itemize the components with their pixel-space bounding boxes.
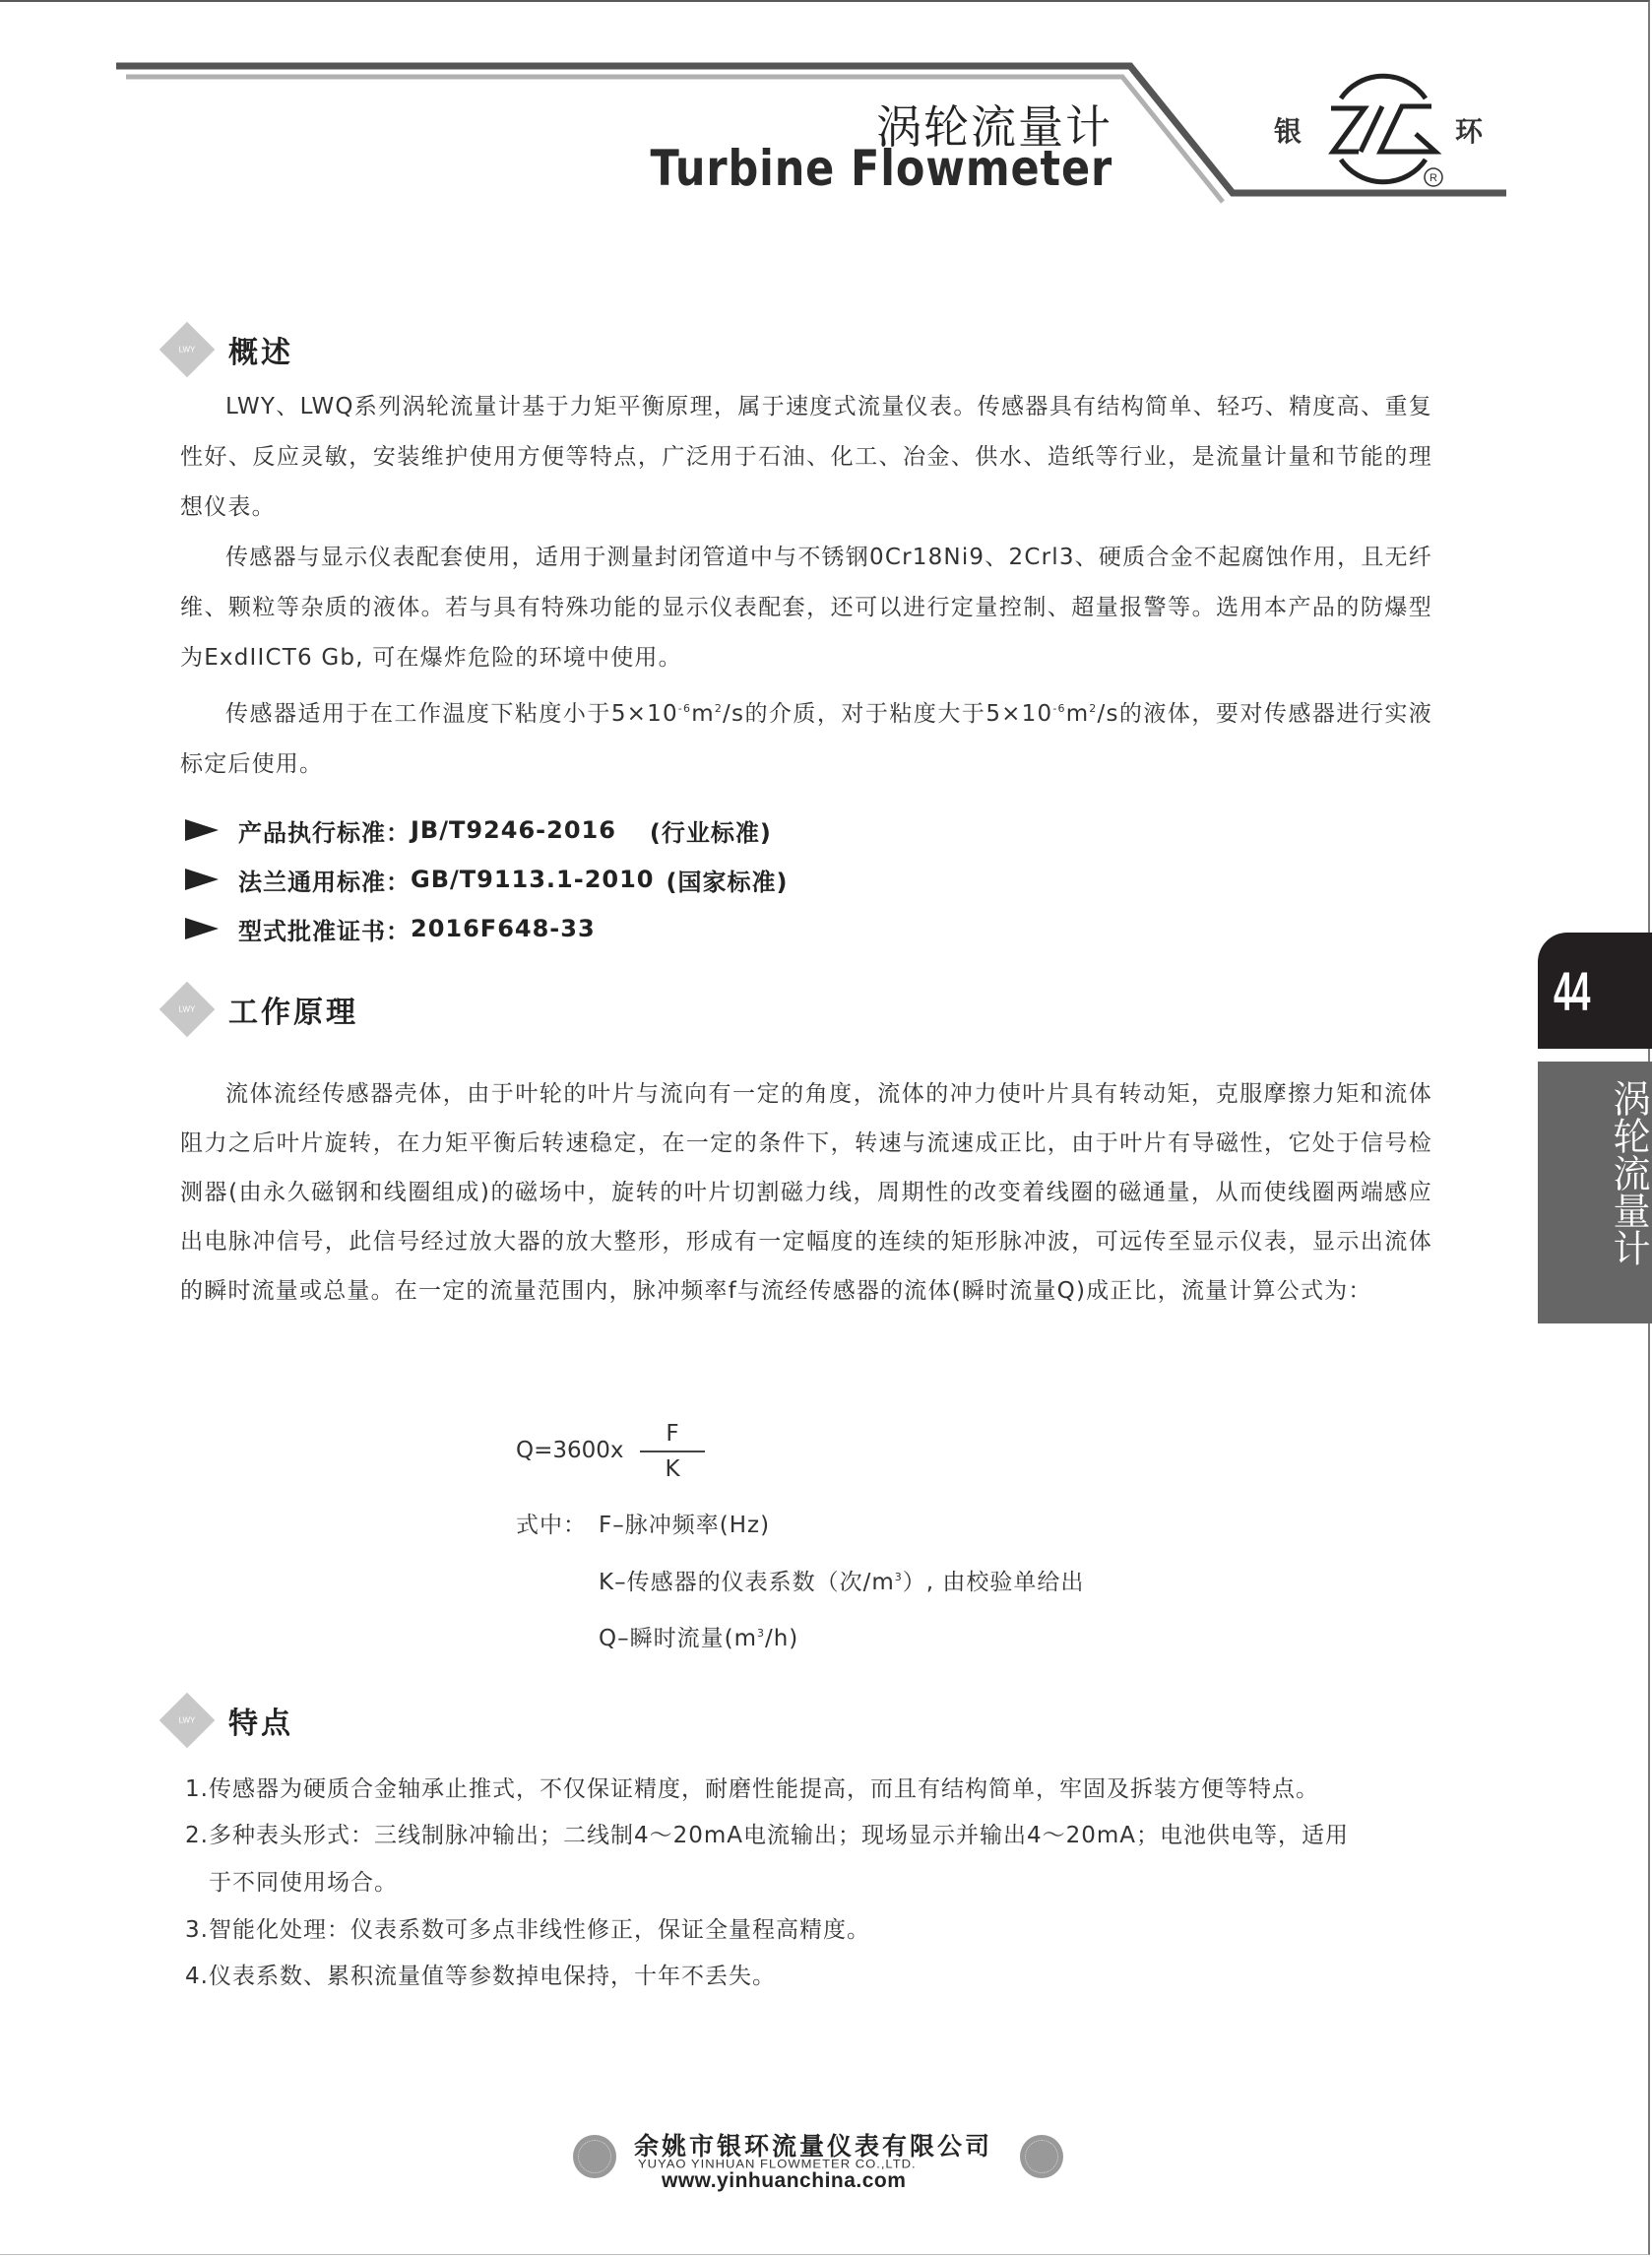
arrow-right-icon	[185, 918, 219, 939]
footer-dot-icon	[573, 2135, 616, 2178]
definition-q: Q–瞬时流量(m3/h)	[599, 1620, 798, 1652]
overview-paragraph-1: LWY、LWQ系列涡轮流量计基于力矩平衡原理，属于速度式流量仪表。传感器具有结构…	[180, 382, 1432, 533]
footer: 余姚市银环流量仪表有限公司 YUYAO YINHUAN FLOWMETER CO…	[573, 2127, 1065, 2196]
section-header-features: LWY 特点	[158, 1691, 293, 1750]
chapter-tab-label: 涡轮流量计	[1538, 1062, 1652, 1323]
feature-item-1: 1.传感器为硬质合金轴承止推式，不仅保证精度，耐磨性能提高，而且有结构简单，牢固…	[185, 1766, 1437, 1813]
section-title: 概述	[228, 328, 293, 371]
standard-item: 法兰通用标准：GB/T9113.1-2010(国家标准)	[185, 855, 788, 904]
principle-paragraph: 流体流经传感器壳体，由于叶轮的叶片与流向有一定的角度，流体的冲力使叶片具有转动矩…	[180, 1069, 1432, 1316]
formula-lhs: Q=3600x	[516, 1438, 624, 1463]
feature-item-2: 2.多种表头形式：三线制脉冲输出；二线制4～20mA电流输出；现场显示并输出4～…	[185, 1812, 1437, 1859]
definition-k: K–传感器的仪表系数（次/m3）, 由校验单给出	[599, 1564, 1084, 1596]
arrow-right-icon	[185, 869, 219, 890]
lwy-diamond-icon: LWY	[159, 982, 216, 1038]
standard-item: 产品执行标准：JB/T9246-2016(行业标准)	[185, 806, 788, 855]
svg-text:R: R	[1430, 172, 1437, 184]
lwy-diamond-icon: LWY	[159, 322, 216, 378]
feature-item-3: 3.智能化处理：仪表系数可多点非线性修正，保证全量程高精度。	[185, 1906, 1437, 1954]
overview-paragraph-3: 传感器适用于在工作温度下粘度小于5×10-6m2/s的介质，对于粘度大于5×10…	[180, 683, 1432, 790]
section-header-principle: LWY 工作原理	[158, 980, 358, 1039]
yinhuan-logo-icon: R	[1319, 61, 1447, 199]
feature-item-4: 4.仪表系数、累积流量值等参数掉电保持，十年不丢失。	[185, 1953, 1437, 2000]
feature-item-2-cont: 于不同使用场合。	[209, 1859, 1461, 1906]
page-title-en: Turbine Flowmeter	[650, 140, 1112, 197]
overview-paragraph-2: 传感器与显示仪表配套使用，适用于测量封闭管道中与不锈钢0Cr18Ni9、2Crl…	[180, 533, 1432, 683]
formula-fraction: F K	[640, 1421, 705, 1482]
logo-char-left: 银	[1274, 110, 1302, 150]
page-number-tab: 44	[1538, 933, 1652, 1049]
formula-where-label: 式中：	[516, 1507, 587, 1539]
arrow-right-icon	[185, 819, 219, 841]
definition-f: F–脉冲频率(Hz)	[599, 1507, 770, 1539]
lwy-diamond-icon: LWY	[159, 1693, 216, 1749]
company-website-link[interactable]: www.yinhuanchina.com	[662, 2169, 906, 2193]
footer-dot-icon	[1020, 2135, 1063, 2178]
section-title: 特点	[228, 1699, 293, 1742]
section-header-overview: LWY 概述	[158, 320, 293, 379]
standard-item: 型式批准证书：2016F648-33	[185, 904, 788, 953]
logo-char-right: 环	[1455, 110, 1483, 150]
section-title: 工作原理	[228, 988, 358, 1031]
standards-list: 产品执行标准：JB/T9246-2016(行业标准) 法兰通用标准：GB/T91…	[185, 806, 788, 953]
